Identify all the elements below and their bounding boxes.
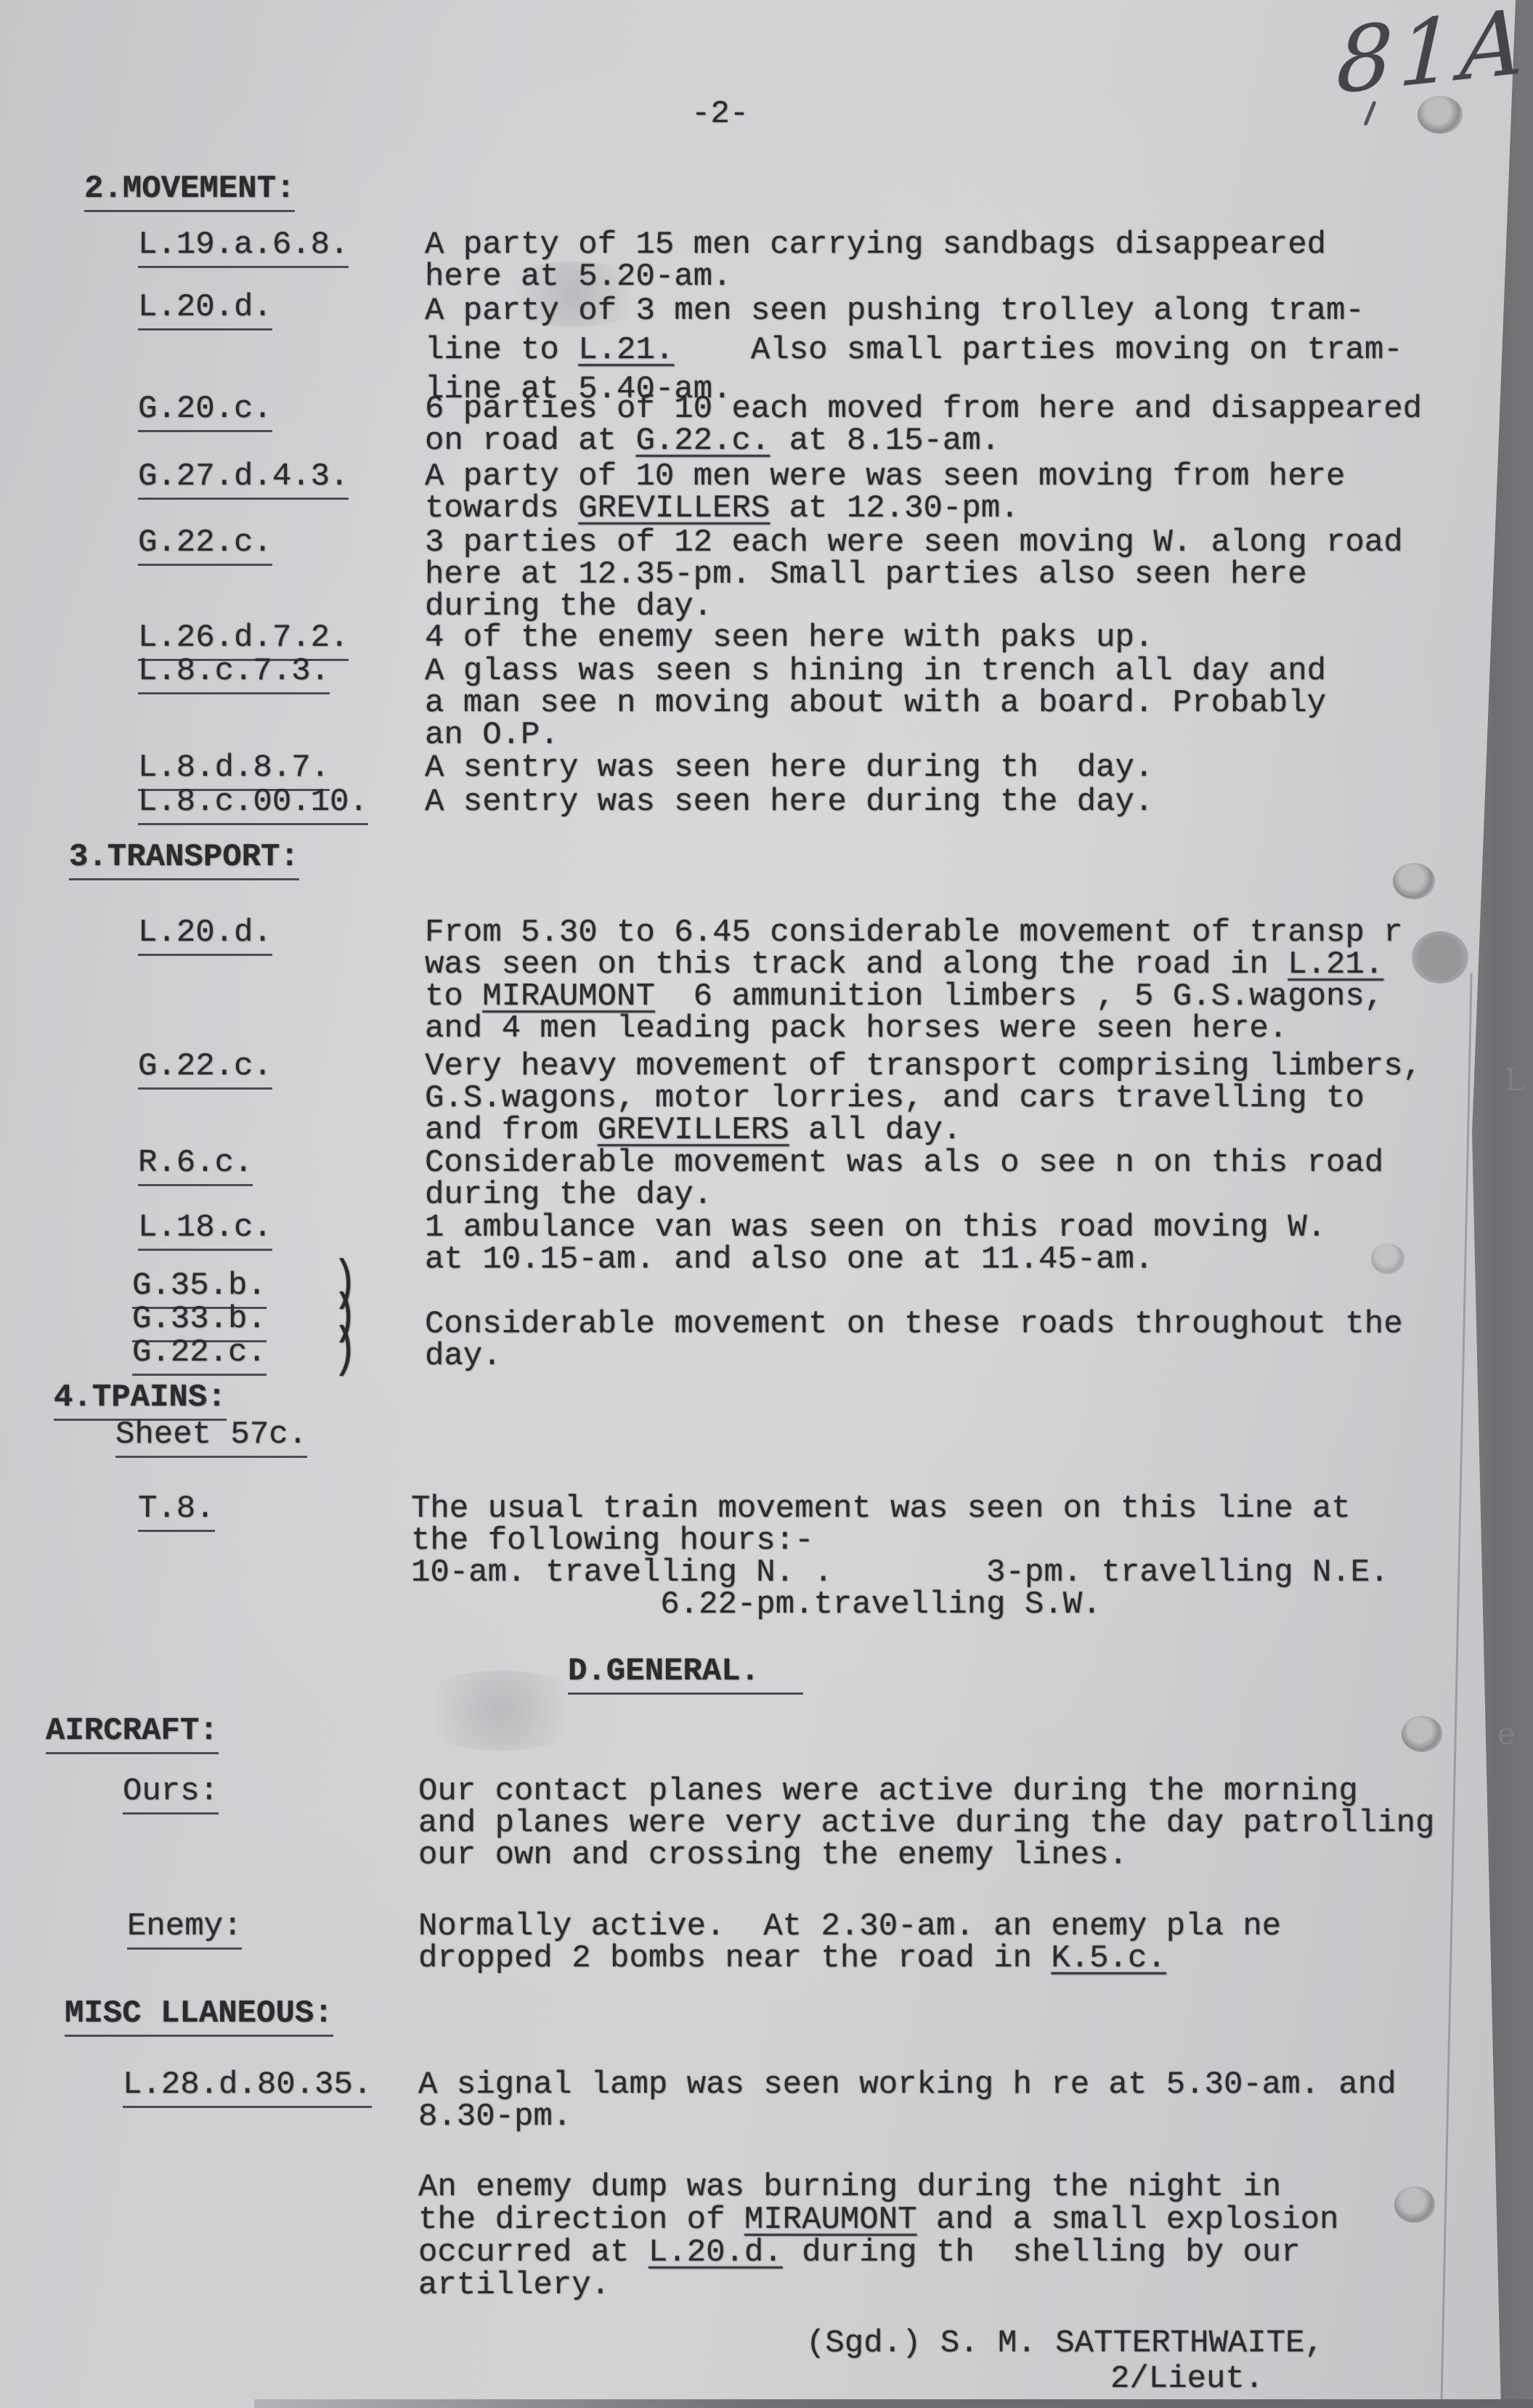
aircraft-enemy-label-text: Enemy:	[127, 1908, 242, 1950]
section-heading-movement-text: 2.MOVEMENT:	[84, 171, 295, 212]
map-reference-label: G.33.b.	[132, 1303, 267, 1335]
entry-text: From 5.30 to 6.45 considerable movement …	[425, 917, 1403, 1045]
section-heading-general: D.GENERAL.	[568, 1655, 803, 1687]
map-reference-text: L.20.d.	[138, 289, 272, 331]
map-reference-text: G.20.c.	[138, 391, 272, 432]
document-page: 81A L e -2- 2.MOVEMENT: L.19.a.6.8. A pa…	[0, 0, 1533, 2408]
map-reference-text: L.19.a.6.8.	[138, 227, 349, 268]
entry-text: A sentry was seen here during the day.	[425, 786, 1153, 818]
entry-text: Normally active. At 2.30-am. an enemy pl…	[418, 1910, 1281, 1974]
entry-text: A glass was seen s hining in trench all …	[425, 655, 1326, 751]
section-heading-aircraft-text: AIRCRAFT:	[46, 1713, 219, 1754]
map-reference-text: L.8.c.00.10.	[138, 784, 368, 825]
map-reference-text: G.22.c.	[138, 1048, 272, 1090]
trains-sheet-text: Sheet 57c.	[115, 1416, 307, 1458]
signature-rank: 2/Lieut.	[1110, 2363, 1264, 2395]
map-reference-label: L.8.c.00.10.	[138, 786, 368, 818]
aircraft-ours-label: Ours:	[123, 1775, 219, 1807]
entry-text: A party of 10 men were was seen moving f…	[425, 461, 1345, 524]
entry-text: 3 parties of 12 each were seen moving W.…	[425, 527, 1403, 623]
map-reference-label: G.22.c.	[138, 527, 272, 559]
entry-text: A signal lamp was seen working h re at 5…	[418, 2069, 1396, 2133]
map-reference-label: L.18.c.	[138, 1212, 272, 1244]
section-heading-transport-text: 3.TRANSPORT:	[69, 839, 299, 880]
entry-text: The usual train movement was seen on thi…	[411, 1493, 1389, 1621]
closing-paragraph: An enemy dump was burning during the nig…	[418, 2171, 1338, 2302]
map-reference-label: L.8.c.7.3.	[138, 655, 330, 687]
entry-text: Considerable movement was als o see n on…	[425, 1147, 1383, 1211]
map-reference-text: G.22.c.	[132, 1334, 267, 1376]
map-reference-label: G.22.c.	[132, 1337, 267, 1369]
map-reference-text: L.18.c.	[138, 1209, 272, 1251]
map-reference-label: L.20.d.	[138, 291, 272, 323]
map-reference-label: G.20.c.	[138, 393, 272, 425]
bracket-glyph: )	[333, 1328, 357, 1371]
aircraft-enemy-label: Enemy:	[127, 1910, 242, 1942]
typed-text-layer: -2- 2.MOVEMENT: L.19.a.6.8. A party of 1…	[0, 0, 1533, 2408]
entry-text: Very heavy movement of transport compris…	[425, 1050, 1422, 1146]
section-heading-movement: 2.MOVEMENT:	[84, 173, 295, 205]
map-reference-label: L.26.d.7.2.	[138, 622, 349, 654]
map-reference-text: G.27.d.4.3.	[138, 458, 349, 500]
entry-text: 4 of the enemy seen here with paks up.	[425, 622, 1153, 654]
map-reference-label: L.19.a.6.8.	[138, 229, 349, 261]
map-reference-text: R.6.c.	[138, 1145, 253, 1186]
aircraft-ours-label-text: Ours:	[123, 1773, 219, 1815]
section-heading-miscellaneous-text: MISC LLANEOUS:	[65, 1995, 333, 2037]
entry-text: 1 ambulance van was seen on this road mo…	[425, 1212, 1326, 1276]
entry-text: Considerable movement on these roads thr…	[425, 1308, 1403, 1372]
map-reference-text: L.20.d.	[138, 915, 272, 956]
map-reference-text: L.28.d.80.35.	[123, 2067, 372, 2108]
section-heading-trains-text: 4.TPAINS:	[54, 1379, 227, 1421]
section-heading-general-text: D.GENERAL.	[568, 1653, 803, 1695]
map-reference-label: L.28.d.80.35.	[123, 2069, 372, 2101]
section-heading-transport: 3.TRANSPORT:	[69, 841, 299, 873]
map-reference-label: R.6.c.	[138, 1147, 253, 1179]
signature-name: (Sgd.) S. M. SATTERTHWAITE,	[806, 2327, 1324, 2359]
entry-text: A party of 15 men carrying sandbags disa…	[425, 229, 1326, 293]
section-heading-trains: 4.TPAINS:	[54, 1382, 227, 1414]
map-reference-label: T.8.	[138, 1493, 215, 1525]
map-reference-text: G.22.c.	[138, 524, 272, 566]
map-reference-label: L.20.d.	[138, 917, 272, 949]
entry-text: 6 parties of 10 each moved from here and…	[425, 393, 1422, 457]
map-reference-text: L.8.c.7.3.	[138, 653, 330, 694]
map-reference-label: G.35.b.	[132, 1270, 267, 1302]
map-reference-text: T.8.	[138, 1491, 215, 1532]
entry-text: Our contact planes were active during th…	[418, 1775, 1434, 1871]
section-heading-miscellaneous: MISC LLANEOUS:	[65, 1998, 333, 2030]
map-reference-label: G.22.c.	[138, 1050, 272, 1082]
trains-sheet-reference: Sheet 57c.	[115, 1419, 307, 1451]
map-reference-label: L.8.d.8.7.	[138, 752, 330, 784]
section-heading-aircraft: AIRCRAFT:	[46, 1715, 219, 1747]
entry-text: A sentry was seen here during th day.	[425, 752, 1153, 784]
page-number: -2-	[691, 98, 749, 130]
map-reference-label: G.27.d.4.3.	[138, 461, 349, 492]
